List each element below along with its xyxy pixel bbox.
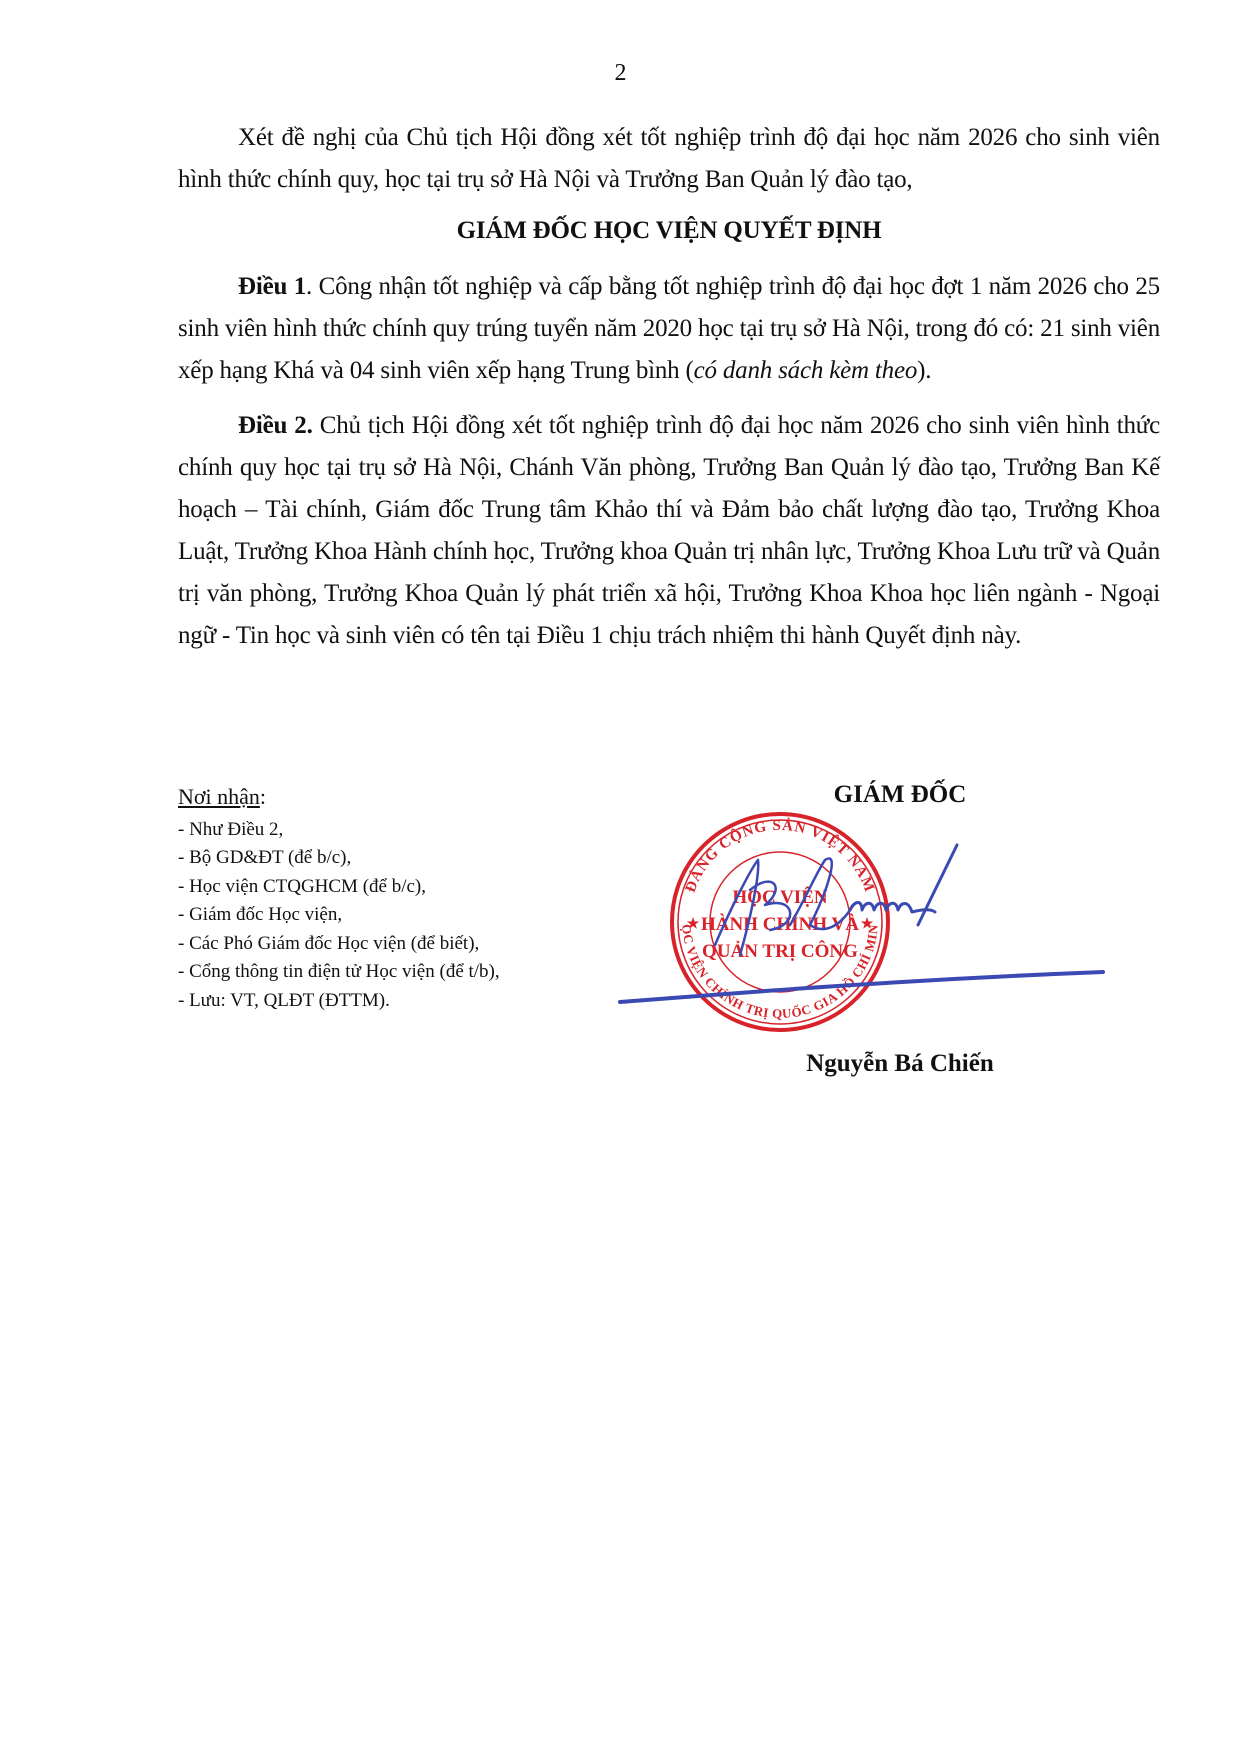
signer-name: Nguyễn Bá Chiến (760, 1050, 1040, 1078)
article-2-label: Điều 2. (238, 412, 313, 439)
article-1-closing: ). (917, 357, 931, 384)
article-1-paragraph: Điều 1. Công nhận tốt nghiệp và cấp bằng… (178, 266, 1160, 392)
decision-heading: GIÁM ĐỐC HỌC VIỆN QUYẾT ĐỊNH (178, 210, 1160, 252)
recipients-list: - Như Điều 2, - Bộ GD&ĐT (để b/c), - Học… (178, 816, 500, 1016)
recipient-item: - Bộ GD&ĐT (để b/c), (178, 844, 500, 873)
article-1-text: . Công nhận tốt nghiệp và cấp bằng tốt n… (178, 273, 1160, 384)
recipient-item: - Các Phó Giám đốc Học viện (để biết), (178, 930, 500, 959)
recipient-item: - Học viện CTQGHCM (để b/c), (178, 873, 500, 902)
article-1-label: Điều 1 (238, 273, 306, 300)
article-2-paragraph: Điều 2. Chủ tịch Hội đồng xét tốt nghiệp… (178, 405, 1160, 657)
recipient-item: - Giám đốc Học viện, (178, 901, 500, 930)
recipients-colon: : (260, 784, 266, 809)
preamble-paragraph: Xét đề nghị của Chủ tịch Hội đồng xét tố… (178, 117, 1160, 201)
recipients-block: Nơi nhận: - Như Điều 2, - Bộ GD&ĐT (để b… (178, 782, 500, 1015)
article-1-attachment-note: có danh sách kèm theo (694, 357, 918, 384)
recipients-title: Nơi nhận (178, 782, 260, 812)
recipient-item: - Như Điều 2, (178, 816, 500, 845)
recipient-item: - Cổng thông tin điện tử Học viện (để t/… (178, 958, 500, 987)
document-body: Xét đề nghị của Chủ tịch Hội đồng xét tố… (178, 117, 1160, 657)
recipient-item: - Lưu: VT, QLĐT (ĐTTM). (178, 987, 500, 1016)
article-2-text: Chủ tịch Hội đồng xét tốt nghiệp trình đ… (178, 412, 1160, 649)
handwritten-signature-icon (600, 830, 1120, 1030)
page-number: 2 (0, 60, 1241, 87)
